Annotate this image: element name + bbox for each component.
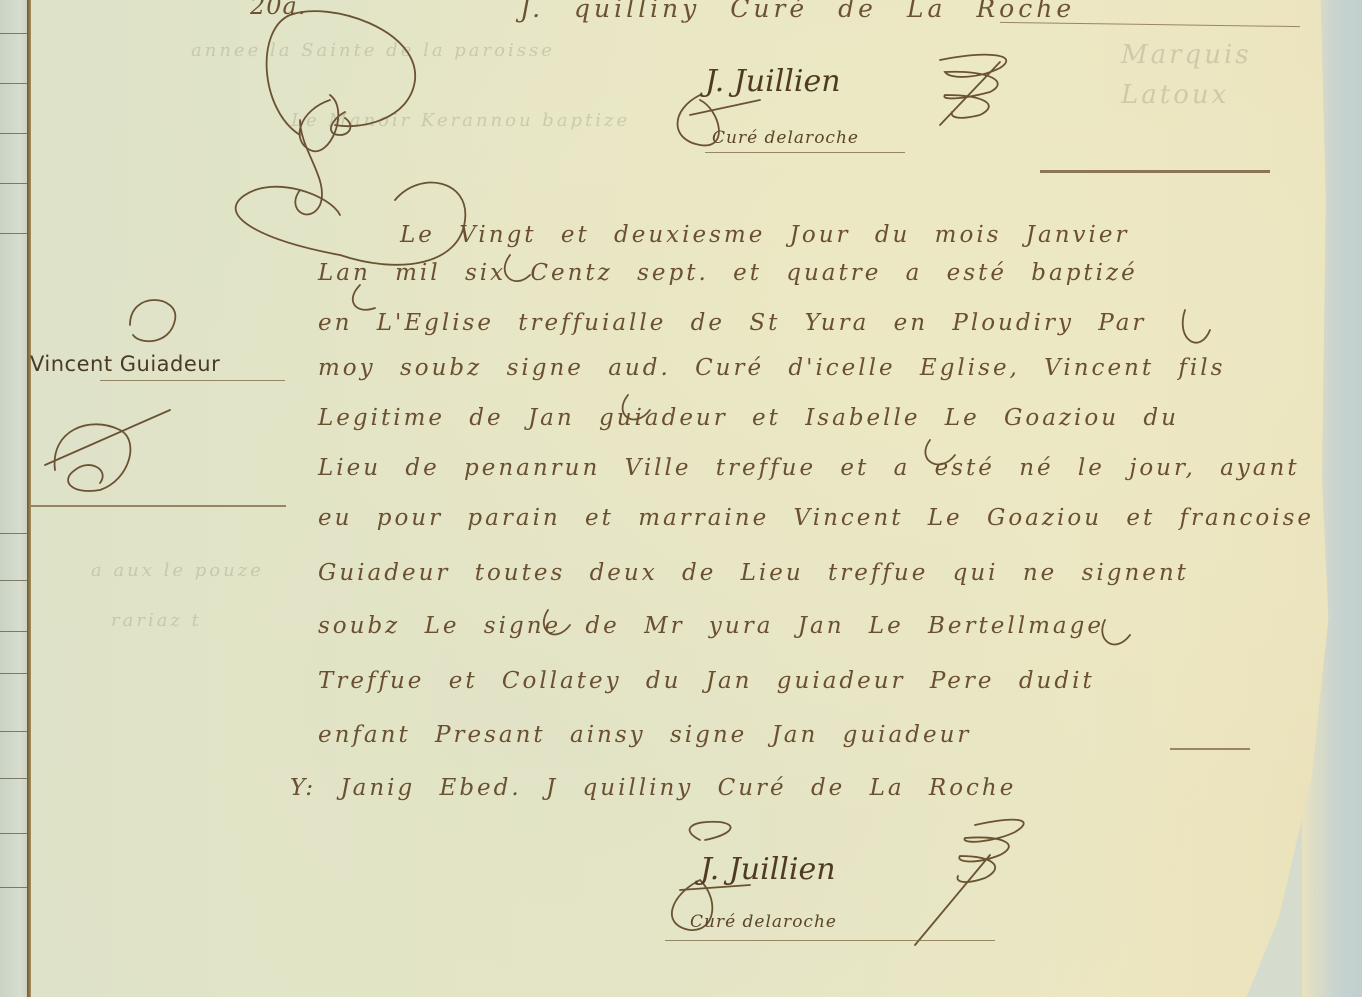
entry-line-2: Lan mil six Centz sept. et quatre a esté… — [318, 260, 1138, 286]
margin-name-underline — [100, 380, 285, 381]
manuscript-scan: annee la Sainte de la paroisse Le Manoir… — [0, 0, 1362, 997]
entry-line-3: en L'Eglise treffuialle de St Yura en Pl… — [318, 310, 1146, 336]
entry-line-1: Le Vingt et deuxiesme Jour du mois Janvi… — [400, 222, 1130, 248]
entry-line-12: Y: Janig Ebed. J quilliny Curé de La Roc… — [290, 775, 1016, 801]
entry-line-5: Legitime de Jan guiadeur et Isabelle Le … — [318, 405, 1179, 431]
entry-line-8: Guiadeur toutes deux de Lieu treffue qui… — [318, 560, 1189, 586]
signature-paraph-flourishes — [0, 0, 1362, 997]
bottom-signature-underline — [665, 940, 995, 941]
entry-line-7: eu pour parain et marraine Vincent Le Go… — [318, 505, 1314, 531]
line-end-rule — [1170, 748, 1250, 750]
entry-line-9: soubz Le signe de Mr yura Jan Le Bertell… — [318, 613, 1104, 639]
entry-line-10: Treffue et Collatey du Jan guiadeur Pere… — [318, 668, 1095, 694]
bottom-signature-name: J. Juillien — [700, 852, 836, 887]
bottom-signature-title: Curé delaroche — [690, 912, 837, 932]
margin-separator-rule — [31, 505, 286, 507]
entry-line-6: Lieu de penanrun Ville treffue et a esté… — [318, 455, 1300, 481]
entry-line-4: moy soubz signe aud. Curé d'icelle Eglis… — [318, 355, 1225, 381]
entry-line-11: enfant Presant ainsy signe Jan guiadeur — [318, 722, 971, 748]
margin-baptized-name: Vincent Guiadeur — [30, 352, 220, 376]
